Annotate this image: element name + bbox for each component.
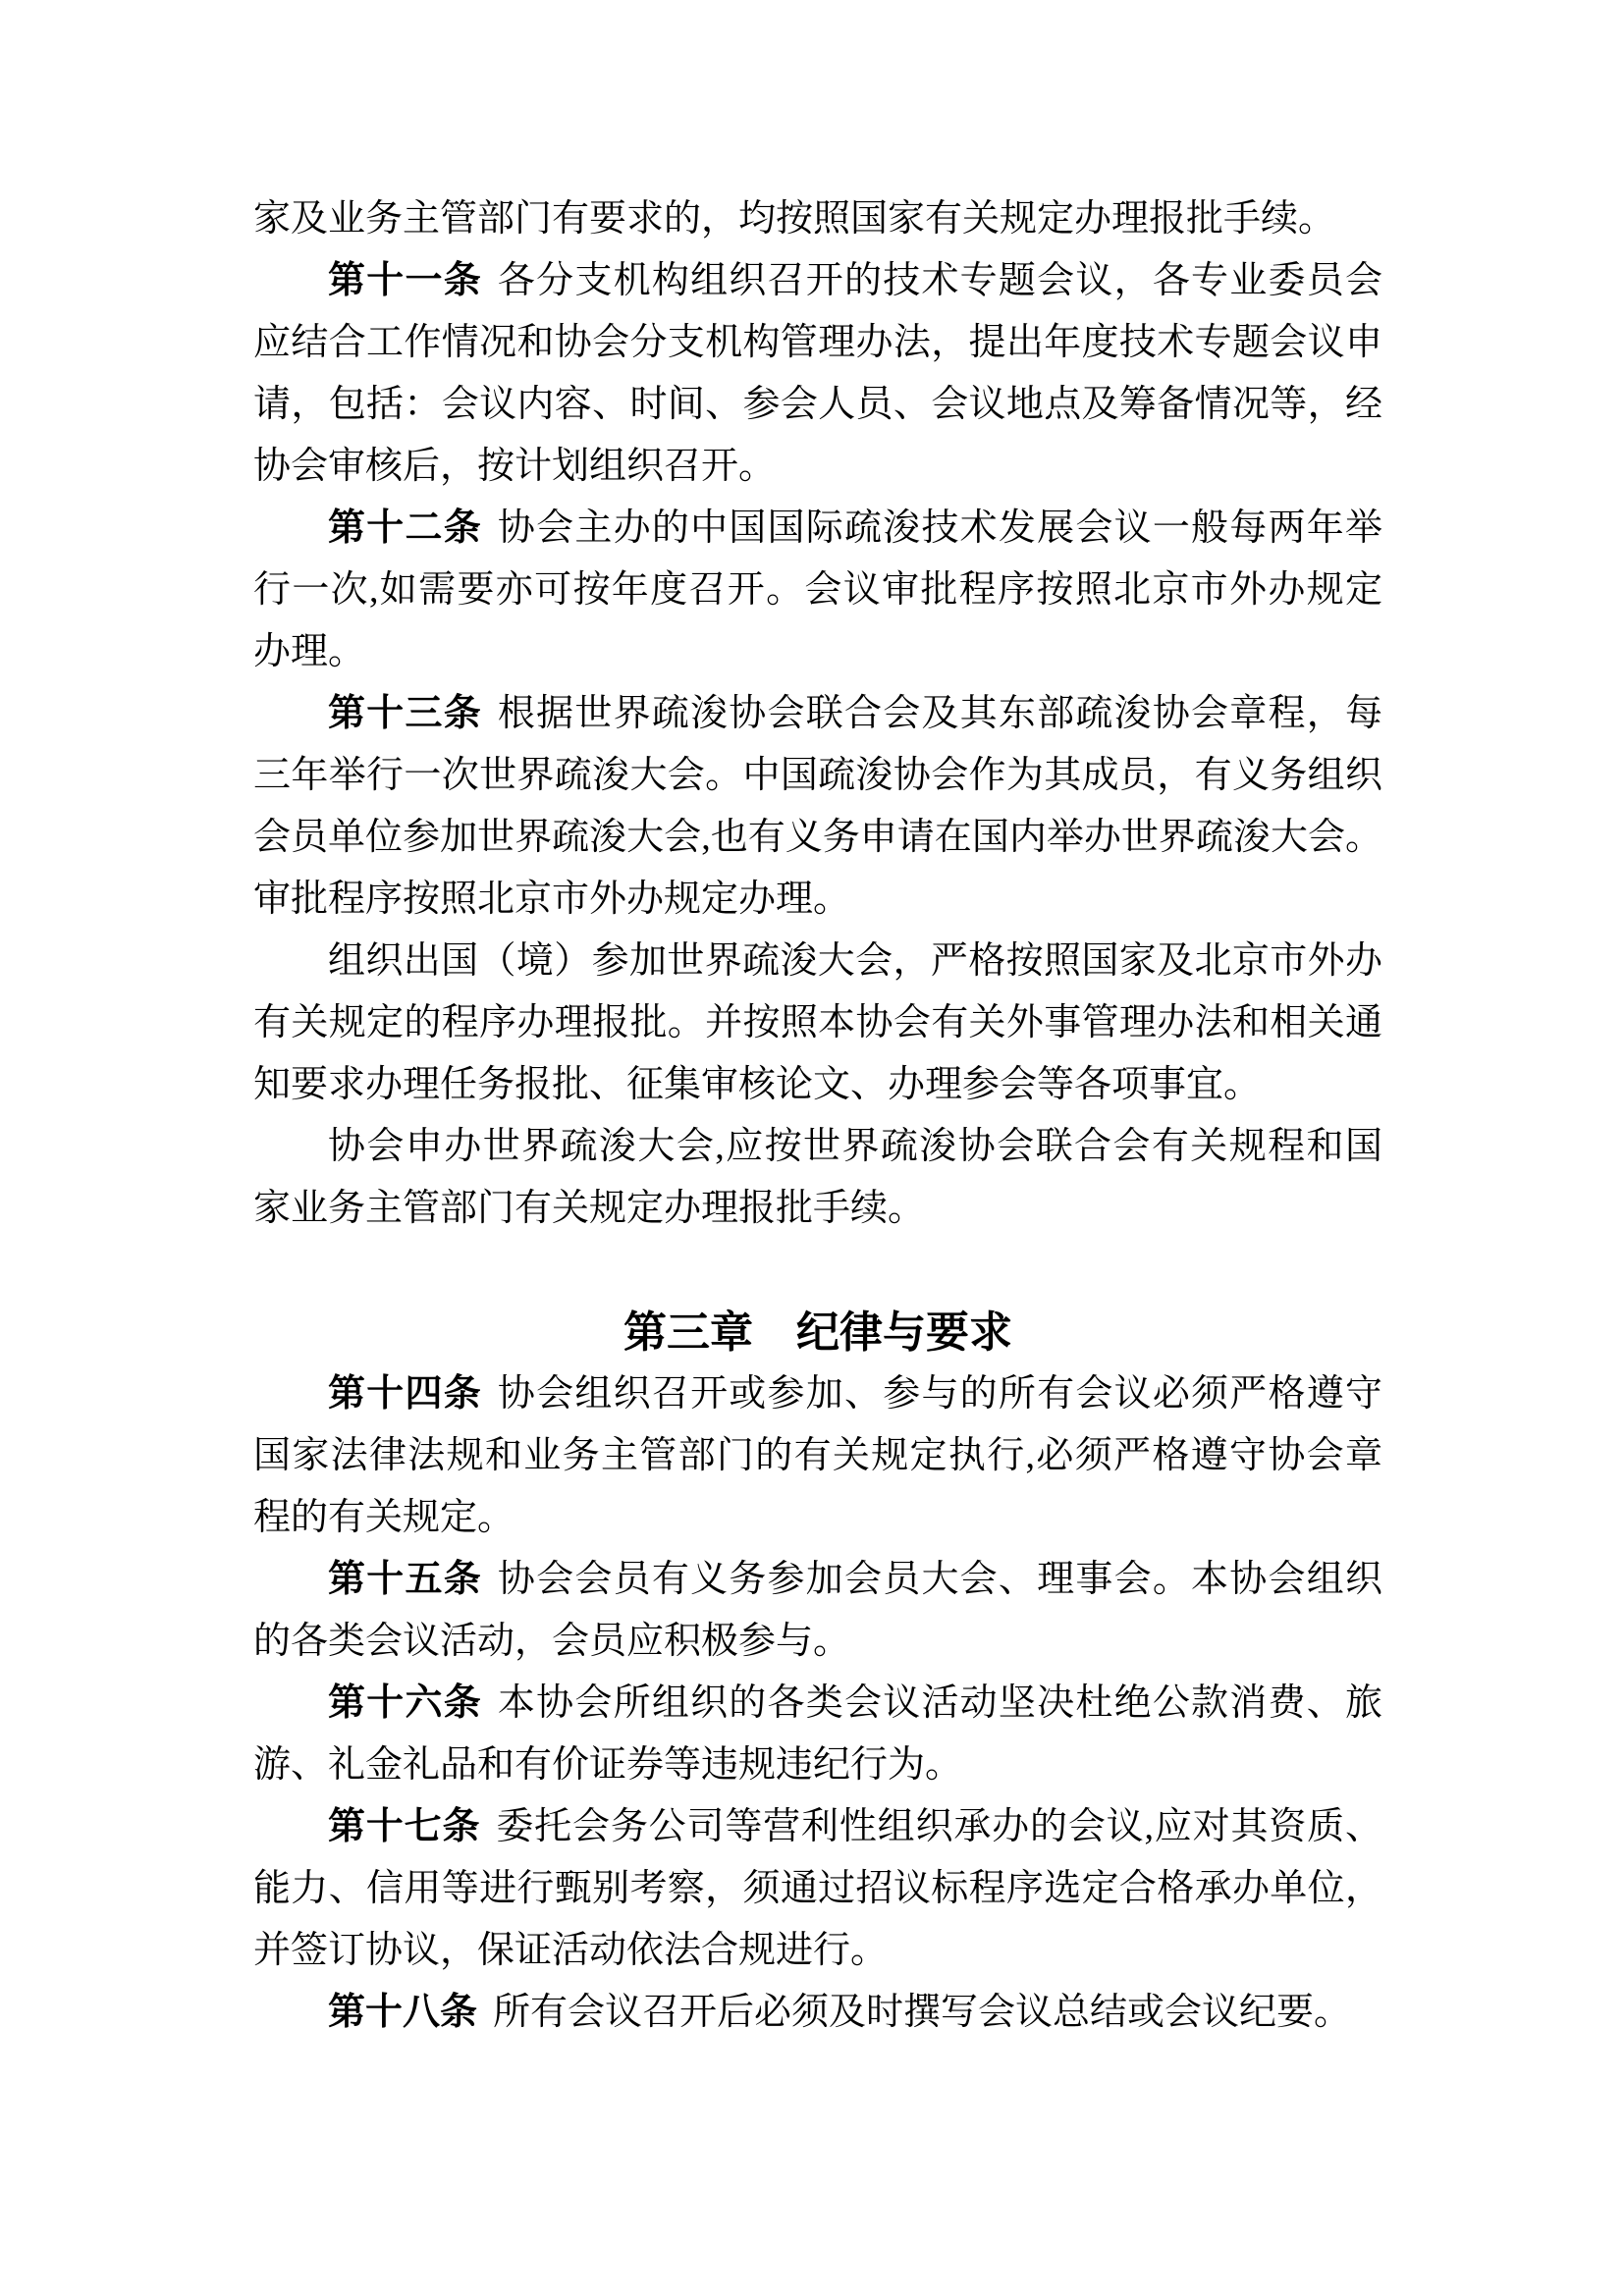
text-line: 第十一条各分支机构组织召开的技术专题会议，各专业委员会 bbox=[253, 250, 1382, 312]
text-line: 三年举行一次世界疏浚大会。中国疏浚协会作为其成员，有义务组织 bbox=[253, 745, 1382, 807]
text-line: 第十三条根据世界疏浚协会联合会及其东部疏浚协会章程，每 bbox=[253, 683, 1382, 745]
line-text: 程的有关规定。 bbox=[253, 1497, 514, 1538]
text-line: 办理。 bbox=[253, 621, 1382, 683]
text-line: 并签订协议，保证活动依法合规进行。 bbox=[253, 1920, 1382, 1982]
text-line: 家业务主管部门有关规定办理报批手续。 bbox=[253, 1178, 1382, 1240]
line-text: 能力、信用等进行甄别考察，须通过招议标程序选定合格承办单位， bbox=[253, 1868, 1382, 1909]
line-text: 游、礼金礼品和有价证券等违规违纪行为。 bbox=[253, 1744, 962, 1786]
document-body: 家及业务主管部门有要求的，均按照国家有关规定办理报批手续。第十一条各分支机构组织… bbox=[253, 188, 1382, 2044]
line-text: 审批程序按照北京市外办规定办理。 bbox=[253, 879, 850, 920]
text-line: 第十八条所有会议召开后必须及时撰写会议总结或会议纪要。 bbox=[253, 1982, 1382, 2044]
text-line: 知要求办理任务报批、征集审核论文、办理参会等各项事宜。 bbox=[253, 1054, 1382, 1116]
line-text: 根据世界疏浚协会联合会及其东部疏浚协会章程，每 bbox=[498, 693, 1382, 734]
line-text: 各分支机构组织召开的技术专题会议，各专业委员会 bbox=[498, 260, 1382, 301]
text-line: 协会申办世界疏浚大会,应按世界疏浚协会联合会有关规程和国 bbox=[253, 1116, 1382, 1178]
text-line: 第十六条本协会所组织的各类会议活动坚决杜绝公款消费、旅 bbox=[253, 1673, 1382, 1735]
line-text: 委托会务公司等营利性组织承办的会议,应对其资质、 bbox=[496, 1806, 1382, 1847]
line-text: 家业务主管部门有关规定办理报批手续。 bbox=[253, 1188, 925, 1229]
line-text: 协会会员有义务参加会员大会、理事会。本协会组织 bbox=[498, 1559, 1382, 1600]
text-line: 应结合工作情况和协会分支机构管理办法，提出年度技术专题会议申 bbox=[253, 312, 1382, 374]
text-line: 协会审核后，按计划组织召开。 bbox=[253, 436, 1382, 498]
line-text: 协会组织召开或参加、参与的所有会议必须严格遵守 bbox=[498, 1373, 1382, 1415]
text-line: 程的有关规定。 bbox=[253, 1487, 1382, 1549]
text-line: 第十二条协会主办的中国国际疏浚技术发展会议一般每两年举 bbox=[253, 498, 1382, 560]
line-text: 三年举行一次世界疏浚大会。中国疏浚协会作为其成员，有义务组织 bbox=[253, 755, 1382, 796]
text-line: 第十七条委托会务公司等营利性组织承办的会议,应对其资质、 bbox=[253, 1796, 1382, 1858]
line-text: 有关规定的程序办理报批。并按照本协会有关外事管理办法和相关通 bbox=[253, 1002, 1382, 1043]
line-text: 并签订协议，保证活动依法合规进行。 bbox=[253, 1930, 888, 1971]
line-text: 会员单位参加世界疏浚大会,也有义务申请在国内举办世界疏浚大会。 bbox=[253, 817, 1382, 858]
text-line: 国家法律法规和业务主管部门的有关规定执行,必须严格遵守协会章 bbox=[253, 1425, 1382, 1487]
chapter-title: 纪律与要求 bbox=[796, 1308, 1012, 1357]
article-number: 第十六条 bbox=[328, 1682, 482, 1724]
article-number: 第十一条 bbox=[328, 260, 482, 301]
line-text: 的各类会议活动，会员应积极参与。 bbox=[253, 1621, 850, 1662]
line-text: 应结合工作情况和协会分支机构管理办法，提出年度技术专题会议申 bbox=[253, 322, 1382, 363]
article-number: 第十二条 bbox=[328, 507, 482, 549]
line-text: 所有会议召开后必须及时撰写会议总结或会议纪要。 bbox=[493, 1992, 1351, 2033]
text-line: 会员单位参加世界疏浚大会,也有义务申请在国内举办世界疏浚大会。 bbox=[253, 807, 1382, 869]
article-number: 第十五条 bbox=[328, 1559, 482, 1600]
line-text: 组织出国（境）参加世界疏浚大会，严格按照国家及北京市外办 bbox=[328, 940, 1382, 982]
line-text: 请，包括：会议内容、时间、参会人员、会议地点及筹备情况等，经 bbox=[253, 384, 1382, 425]
line-text: 行一次,如需要亦可按年度召开。会议审批程序按照北京市外办规定 bbox=[253, 569, 1382, 611]
line-text: 协会主办的中国国际疏浚技术发展会议一般每两年举 bbox=[498, 507, 1382, 549]
text-line bbox=[253, 1240, 1382, 1302]
article-number: 第十八条 bbox=[328, 1992, 477, 2033]
text-line: 第十四条协会组织召开或参加、参与的所有会议必须严格遵守 bbox=[253, 1363, 1382, 1425]
line-text: 本协会所组织的各类会议活动坚决杜绝公款消费、旅 bbox=[498, 1682, 1382, 1724]
line-text: 国家法律法规和业务主管部门的有关规定执行,必须严格遵守协会章 bbox=[253, 1435, 1382, 1476]
text-line: 行一次,如需要亦可按年度召开。会议审批程序按照北京市外办规定 bbox=[253, 560, 1382, 621]
text-line: 游、礼金礼品和有价证券等违规违纪行为。 bbox=[253, 1735, 1382, 1796]
line-text: 办理。 bbox=[253, 631, 365, 672]
article-number: 第十四条 bbox=[328, 1373, 482, 1415]
article-number: 第十三条 bbox=[328, 693, 482, 734]
text-line: 家及业务主管部门有要求的，均按照国家有关规定办理报批手续。 bbox=[253, 188, 1382, 250]
line-text: 知要求办理任务报批、征集审核论文、办理参会等各项事宜。 bbox=[253, 1064, 1261, 1105]
text-line: 第十五条协会会员有义务参加会员大会、理事会。本协会组织 bbox=[253, 1549, 1382, 1611]
chapter-number: 第三章 bbox=[623, 1308, 753, 1357]
line-text: 协会申办世界疏浚大会,应按世界疏浚协会联合会有关规程和国 bbox=[328, 1126, 1382, 1167]
text-line: 的各类会议活动，会员应积极参与。 bbox=[253, 1611, 1382, 1673]
text-line: 有关规定的程序办理报批。并按照本协会有关外事管理办法和相关通 bbox=[253, 992, 1382, 1054]
article-number: 第十七条 bbox=[328, 1806, 480, 1847]
line-text: 协会审核后，按计划组织召开。 bbox=[253, 446, 776, 487]
line-text: 家及业务主管部门有要求的，均按照国家有关规定办理报批手续。 bbox=[253, 198, 1335, 240]
text-line: 能力、信用等进行甄别考察，须通过招议标程序选定合格承办单位， bbox=[253, 1858, 1382, 1920]
document-page: 家及业务主管部门有要求的，均按照国家有关规定办理报批手续。第十一条各分支机构组织… bbox=[0, 0, 1624, 2296]
text-line: 请，包括：会议内容、时间、参会人员、会议地点及筹备情况等，经 bbox=[253, 374, 1382, 436]
chapter-heading: 第三章纪律与要求 bbox=[253, 1302, 1382, 1363]
text-line: 审批程序按照北京市外办规定办理。 bbox=[253, 869, 1382, 931]
text-line: 组织出国（境）参加世界疏浚大会，严格按照国家及北京市外办 bbox=[253, 931, 1382, 992]
